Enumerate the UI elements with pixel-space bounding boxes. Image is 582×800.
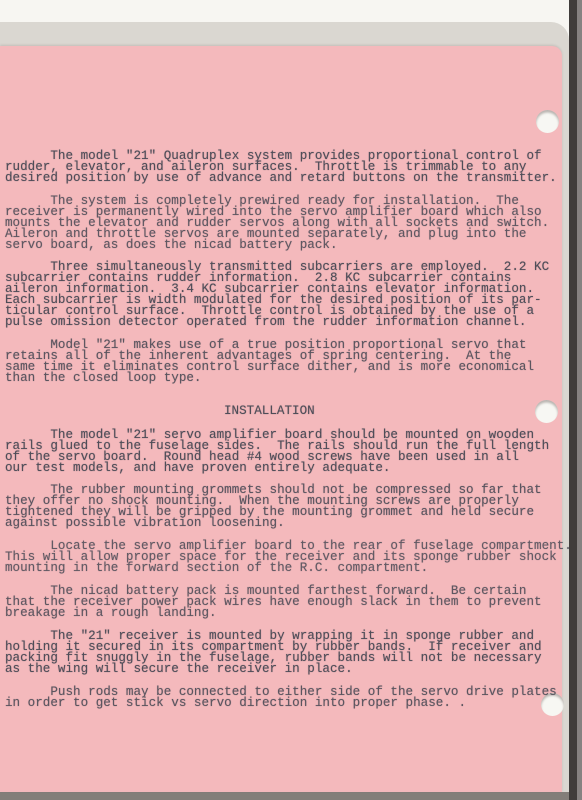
paragraph-subcarriers: Three simultaneously transmitted subcarr… [5, 262, 549, 329]
paragraph-mounting-board: The model "21" servo amplifier board sho… [5, 430, 549, 474]
paragraph-servo-type: Model "21" makes use of a true position … [5, 340, 534, 384]
paragraph-prewired: The system is completely prewired ready … [5, 196, 549, 251]
paragraph-intro: The model "21" Quadruplex system provide… [5, 151, 557, 184]
paragraph-locate-board: Locate the servo amplifier board to the … [5, 541, 572, 574]
paragraph-push-rods: Push rods may be connected to either sid… [5, 687, 557, 709]
scanned-document-page: The model "21" Quadruplex system provide… [0, 0, 582, 800]
section-heading-installation: INSTALLATION [224, 406, 315, 417]
paragraph-receiver-mounting: The "21" receiver is mounted by wrapping… [5, 631, 542, 675]
typewritten-text: The model "21" Quadruplex system provide… [0, 0, 582, 800]
paragraph-battery-pack: The nicad battery pack is mounted farthe… [5, 586, 542, 619]
paragraph-grommets: The rubber mounting grommets should not … [5, 485, 542, 529]
